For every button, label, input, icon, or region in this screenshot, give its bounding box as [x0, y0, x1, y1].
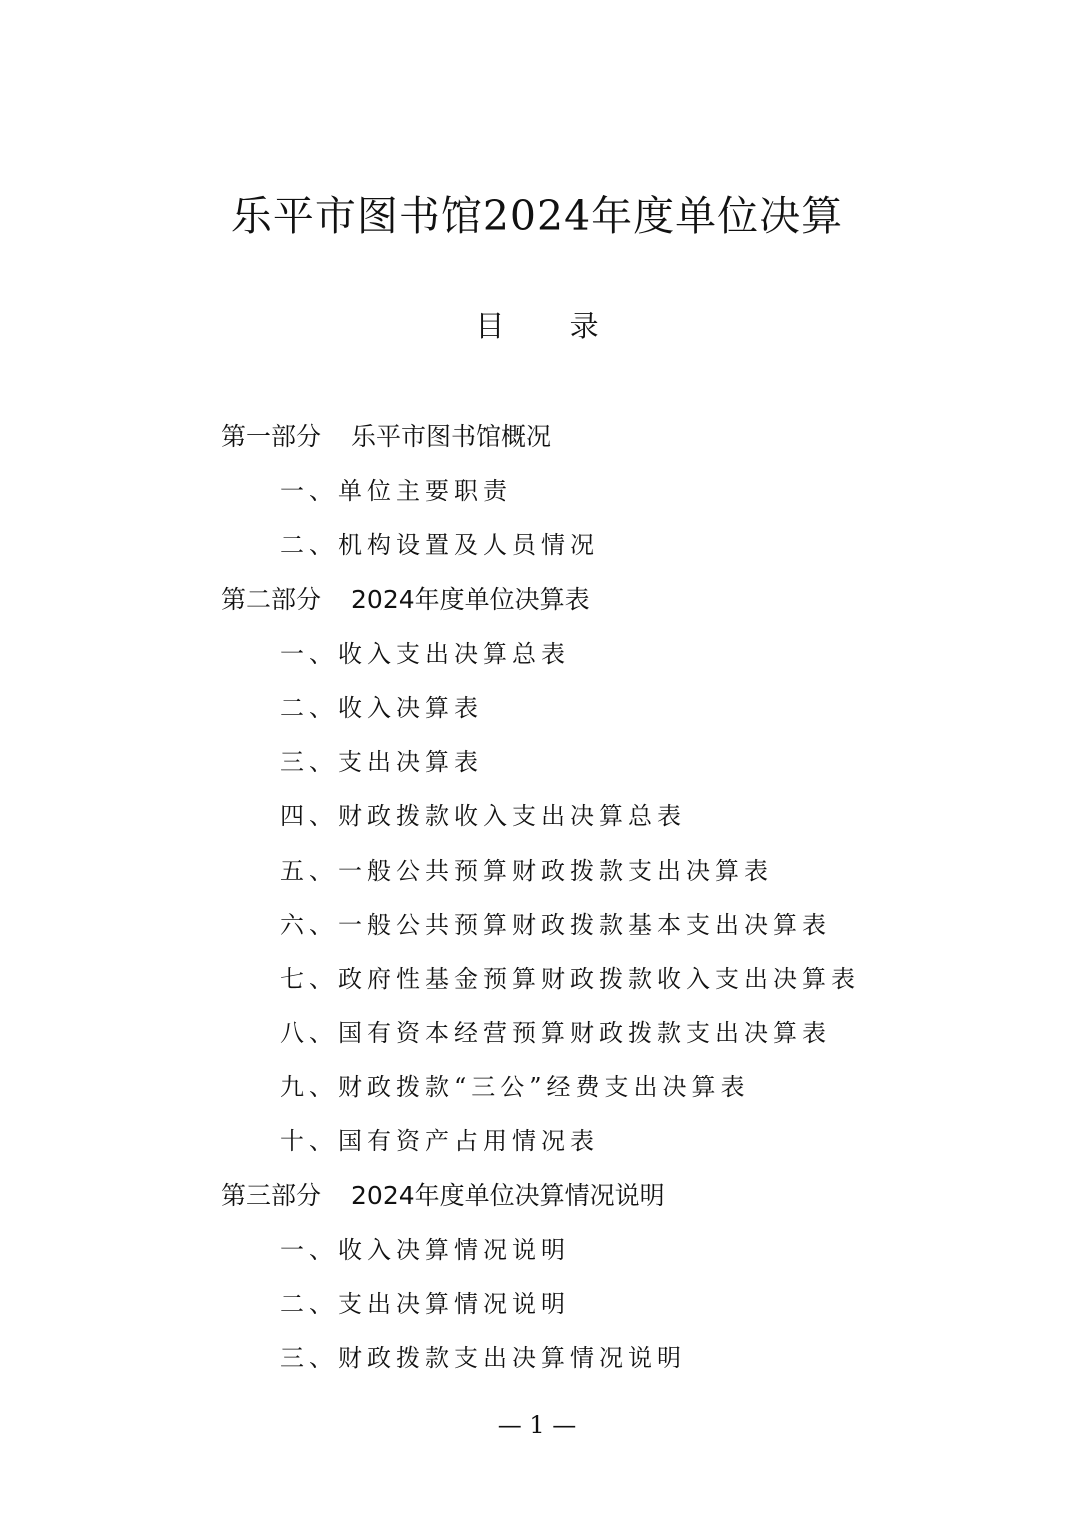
toc-part-1[interactable]: 第一部分乐平市图书馆概况 — [221, 414, 1021, 468]
part-label: 第一部分 — [221, 422, 321, 451]
page-number: — 1 — — [0, 1410, 1074, 1440]
toc-item[interactable]: 七、政府性基金预算财政拨款收入支出决算表 — [221, 956, 1021, 1010]
toc-item[interactable]: 十、国有资产占用情况表 — [221, 1118, 1021, 1172]
toc-item[interactable]: 四、财政拨款收入支出决算总表 — [221, 793, 1021, 847]
toc-item[interactable]: 二、机构设置及人员情况 — [221, 522, 1021, 576]
toc-item[interactable]: 八、国有资本经营预算财政拨款支出决算表 — [221, 1010, 1021, 1064]
toc-item[interactable]: 九、财政拨款“三公”经费支出决算表 — [221, 1064, 1021, 1118]
toc-item[interactable]: 六、一般公共预算财政拨款基本支出决算表 — [221, 902, 1021, 956]
toc-item[interactable]: 五、一般公共预算财政拨款支出决算表 — [221, 848, 1021, 902]
part-title: 2024年度单位决算表 — [351, 585, 590, 614]
toc-item[interactable]: 三、支出决算表 — [221, 739, 1021, 793]
toc-item[interactable]: 三、财政拨款支出决算情况说明 — [221, 1335, 1021, 1389]
part-label: 第二部分 — [221, 585, 321, 614]
toc-heading: 目 录 — [0, 306, 1074, 346]
toc-item[interactable]: 一、收入决算情况说明 — [221, 1227, 1021, 1281]
part-title: 乐平市图书馆概况 — [351, 422, 551, 451]
toc-item[interactable]: 一、收入支出决算总表 — [221, 631, 1021, 685]
document-title: 乐平市图书馆2024年度单位决算 — [0, 188, 1074, 244]
toc-item[interactable]: 一、单位主要职责 — [221, 468, 1021, 522]
part-label: 第三部分 — [221, 1181, 321, 1210]
table-of-contents: 第一部分乐平市图书馆概况 一、单位主要职责 二、机构设置及人员情况 第二部分20… — [221, 414, 1021, 1389]
part-title: 2024年度单位决算情况说明 — [351, 1181, 665, 1210]
toc-part-2[interactable]: 第二部分2024年度单位决算表 — [221, 577, 1021, 631]
toc-item[interactable]: 二、收入决算表 — [221, 685, 1021, 739]
toc-part-3[interactable]: 第三部分2024年度单位决算情况说明 — [221, 1173, 1021, 1227]
toc-item[interactable]: 二、支出决算情况说明 — [221, 1281, 1021, 1335]
